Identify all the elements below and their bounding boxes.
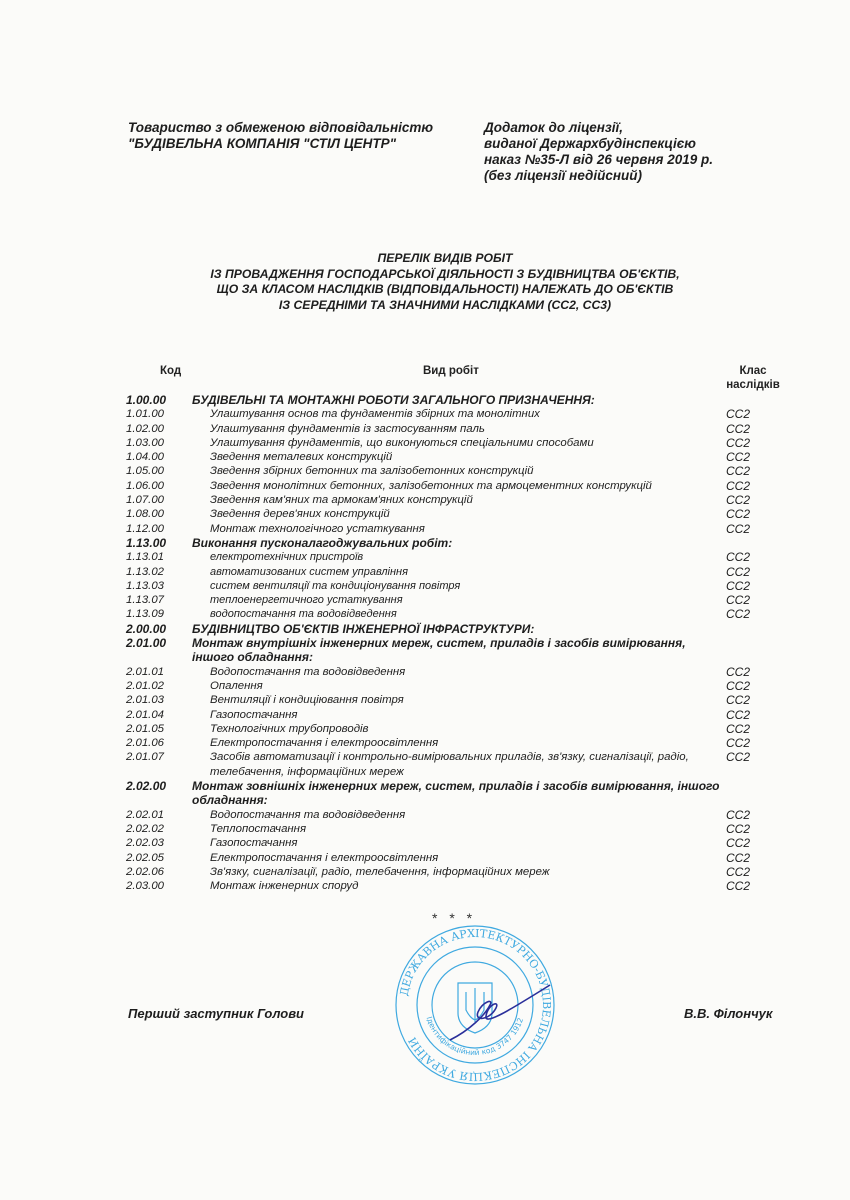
section-row: 2.01.00Монтаж внутрішніх інженерних мере… <box>126 636 806 665</box>
company-line-1: Товариство з обмеженою відповідальністю <box>128 120 433 136</box>
row-code: 2.02.03 <box>126 836 192 850</box>
row-code: 2.01.07 <box>126 750 192 779</box>
table-row: 2.01.07Засобів автоматизації і контрольн… <box>126 750 806 779</box>
annex-line-3: наказ №35-Л від 26 червня 2019 р. <box>484 152 713 168</box>
table-row: 1.13.03систем вентиляції та кондиціонува… <box>126 579 806 593</box>
row-class: СС2 <box>720 479 806 493</box>
row-class: СС2 <box>720 665 806 679</box>
row-code: 2.02.06 <box>126 865 192 879</box>
document-title: ПЕРЕЛІК ВИДІВ РОБІТ ІЗ ПРОВАДЖЕННЯ ГОСПО… <box>160 251 730 313</box>
table-row: 1.08.00Зведення дерев'яних конструкційСС… <box>126 507 806 521</box>
row-description: Теплопостачання <box>192 822 720 836</box>
row-code: 1.08.00 <box>126 507 192 521</box>
row-description: Газопостачання <box>192 708 720 722</box>
table-row: 2.01.06Електропостачання і електроосвітл… <box>126 736 806 750</box>
row-description: електротехнічних пристроїв <box>192 550 720 564</box>
row-class: СС2 <box>720 422 806 436</box>
row-code: 1.05.00 <box>126 464 192 478</box>
table-row: 1.03.00Улаштування фундаментів, що викон… <box>126 436 806 450</box>
row-class: СС2 <box>720 736 806 750</box>
row-code: 1.13.01 <box>126 550 192 564</box>
row-class: СС2 <box>720 550 806 564</box>
annex-line-4: (без ліцензії недійсний) <box>484 168 713 184</box>
class-header-line-1: Клас <box>717 364 789 378</box>
table-row: 2.01.03Вентиляції і кондиціювання повітр… <box>126 693 806 707</box>
row-code: 2.02.02 <box>126 822 192 836</box>
row-code: 2.03.00 <box>126 879 192 893</box>
row-code: 2.01.02 <box>126 679 192 693</box>
title-line-4: ІЗ СЕРЕДНІМИ ТА ЗНАЧНИМИ НАСЛІДКАМИ (СС2… <box>160 298 730 314</box>
row-code: 1.04.00 <box>126 450 192 464</box>
row-code: 1.03.00 <box>126 436 192 450</box>
company-block: Товариство з обмеженою відповідальністю … <box>128 120 433 152</box>
table-row: 1.12.00Монтаж технологічного устаткуванн… <box>126 522 806 536</box>
row-code: 2.01.01 <box>126 665 192 679</box>
row-description: Зведення кам'яних та армокам'яних констр… <box>192 493 720 507</box>
section-row: 2.00.00БУДІВНИЦТВО ОБ'ЄКТІВ ІНЖЕНЕРНОЇ І… <box>126 622 806 636</box>
row-code: 2.02.01 <box>126 808 192 822</box>
row-code: 2.02.05 <box>126 851 192 865</box>
table-row: 1.13.07теплоенергетичного устаткуванняСС… <box>126 593 806 607</box>
row-description: Монтаж інженерних споруд <box>192 879 720 893</box>
signatory-position: Перший заступник Голови <box>128 1006 304 1021</box>
official-stamp-icon: ДЕРЖАВНА АРХІТЕКТУРНО-БУДІВЕЛЬНА ІНСПЕКЦ… <box>390 920 560 1090</box>
row-code: 1.02.00 <box>126 422 192 436</box>
row-class <box>720 636 806 665</box>
table-row: 2.02.02ТеплопостачанняСС2 <box>126 822 806 836</box>
row-code: 1.12.00 <box>126 522 192 536</box>
column-header-code: Код <box>160 364 181 378</box>
row-description: Виконання пусконалагоджувальних робіт: <box>192 536 720 550</box>
row-code: 1.13.09 <box>126 607 192 621</box>
row-description: автоматизованих систем управління <box>192 565 720 579</box>
row-code: 1.13.00 <box>126 536 192 550</box>
row-description: систем вентиляції та кондиціонування пов… <box>192 579 720 593</box>
company-name: "БУДІВЕЛЬНА КОМПАНІЯ "СТІЛ ЦЕНТР" <box>128 136 433 152</box>
title-line-2: ІЗ ПРОВАДЖЕННЯ ГОСПОДАРСЬКОЇ ДІЯЛЬНОСТІ … <box>160 267 730 283</box>
row-class: СС2 <box>720 507 806 521</box>
signatory-name: В.В. Філончук <box>684 1006 772 1021</box>
row-description: БУДІВЕЛЬНІ ТА МОНТАЖНІ РОБОТИ ЗАГАЛЬНОГО… <box>192 393 720 407</box>
row-description: Електропостачання і електроосвітлення <box>192 851 720 865</box>
section-row: 1.13.00Виконання пусконалагоджувальних р… <box>126 536 806 550</box>
table-row: 2.02.03ГазопостачанняСС2 <box>126 836 806 850</box>
row-class: СС2 <box>720 865 806 879</box>
annex-line-1: Додаток до ліцензії, <box>484 120 713 136</box>
table-row: 2.02.06Зв'язку, сигналізації, радіо, тел… <box>126 865 806 879</box>
row-class: СС2 <box>720 822 806 836</box>
table-row: 2.02.05Електропостачання і електроосвітл… <box>126 851 806 865</box>
table-row: 1.01.00Улаштування основ та фундаментів … <box>126 407 806 421</box>
row-description: водопостачання та водовідведення <box>192 607 720 621</box>
row-description: Зв'язку, сигналізації, радіо, телебаченн… <box>192 865 720 879</box>
row-class: СС2 <box>720 407 806 421</box>
table-row: 2.01.05Технологічних трубопроводівСС2 <box>126 722 806 736</box>
row-class: СС2 <box>720 693 806 707</box>
table-row: 2.01.04ГазопостачанняСС2 <box>126 708 806 722</box>
row-class: СС2 <box>720 450 806 464</box>
row-description: Монтаж внутрішніх інженерних мереж, сист… <box>192 636 720 665</box>
row-description: Водопостачання та водовідведення <box>192 808 720 822</box>
row-class <box>720 536 806 550</box>
annex-block: Додаток до ліцензії, виданої Держархбуді… <box>484 120 713 184</box>
row-class: СС2 <box>720 879 806 893</box>
table-row: 2.03.00Монтаж інженерних спорудСС2 <box>126 879 806 893</box>
row-description: Газопостачання <box>192 836 720 850</box>
table-row: 1.04.00Зведення металевих конструкційСС2 <box>126 450 806 464</box>
row-code: 1.13.02 <box>126 565 192 579</box>
table-row: 1.07.00Зведення кам'яних та армокам'яних… <box>126 493 806 507</box>
row-class: СС2 <box>720 750 806 779</box>
row-code: 2.01.00 <box>126 636 192 665</box>
row-class: СС2 <box>720 808 806 822</box>
row-description: Монтаж зовнішніх інженерних мереж, систе… <box>192 779 720 808</box>
row-code: 2.01.03 <box>126 693 192 707</box>
row-class <box>720 622 806 636</box>
row-class: СС2 <box>720 565 806 579</box>
row-code: 1.13.03 <box>126 579 192 593</box>
row-class: СС2 <box>720 493 806 507</box>
row-code: 2.01.04 <box>126 708 192 722</box>
row-class: СС2 <box>720 522 806 536</box>
row-description: Вентиляції і кондиціювання повітря <box>192 693 720 707</box>
row-description: теплоенергетичного устаткування <box>192 593 720 607</box>
annex-line-2: виданої Держархбудінспекцією <box>484 136 713 152</box>
row-class: СС2 <box>720 679 806 693</box>
row-class: СС2 <box>720 836 806 850</box>
row-class: СС2 <box>720 722 806 736</box>
row-class: СС2 <box>720 579 806 593</box>
row-description: Улаштування фундаментів із застосуванням… <box>192 422 720 436</box>
row-class: СС2 <box>720 851 806 865</box>
table-row: 1.06.00Зведення монолітних бетонних, зал… <box>126 479 806 493</box>
row-description: Монтаж технологічного устаткування <box>192 522 720 536</box>
row-description: БУДІВНИЦТВО ОБ'ЄКТІВ ІНЖЕНЕРНОЇ ІНФРАСТР… <box>192 622 720 636</box>
row-description: Технологічних трубопроводів <box>192 722 720 736</box>
row-code: 1.01.00 <box>126 407 192 421</box>
column-header-class: Клас наслідків <box>717 364 789 392</box>
table-row: 1.05.00Зведення збірних бетонних та залі… <box>126 464 806 478</box>
row-class: СС2 <box>720 436 806 450</box>
row-description: Улаштування основ та фундаментів збірних… <box>192 407 720 421</box>
table-row: 1.13.09водопостачання та водовідведенняС… <box>126 607 806 621</box>
title-line-1: ПЕРЕЛІК ВИДІВ РОБІТ <box>160 251 730 267</box>
row-class <box>720 393 806 407</box>
class-header-line-2: наслідків <box>717 378 789 392</box>
row-code: 1.07.00 <box>126 493 192 507</box>
row-code: 2.00.00 <box>126 622 192 636</box>
row-code: 1.06.00 <box>126 479 192 493</box>
section-row: 2.02.00Монтаж зовнішніх інженерних мереж… <box>126 779 806 808</box>
row-class: СС2 <box>720 708 806 722</box>
row-description: Зведення монолітних бетонних, залізобето… <box>192 479 720 493</box>
table-row: 2.01.02ОпаленняСС2 <box>126 679 806 693</box>
row-code: 2.01.06 <box>126 736 192 750</box>
table-row: 2.02.01Водопостачання та водовідведенняС… <box>126 808 806 822</box>
row-description: Опалення <box>192 679 720 693</box>
row-description: Зведення дерев'яних конструкцій <box>192 507 720 521</box>
row-description: Водопостачання та водовідведення <box>192 665 720 679</box>
row-description: Зведення збірних бетонних та залізобетон… <box>192 464 720 478</box>
row-description: Засобів автоматизації і контрольно-вимір… <box>192 750 720 779</box>
table-row: 1.13.02автоматизованих систем управління… <box>126 565 806 579</box>
row-code: 2.01.05 <box>126 722 192 736</box>
column-header-work: Вид робіт <box>423 364 479 378</box>
row-code: 2.02.00 <box>126 779 192 808</box>
table-row: 2.01.01Водопостачання та водовідведенняС… <box>126 665 806 679</box>
row-code: 1.13.07 <box>126 593 192 607</box>
table-row: 1.13.01електротехнічних пристроївСС2 <box>126 550 806 564</box>
section-row: 1.00.00БУДІВЕЛЬНІ ТА МОНТАЖНІ РОБОТИ ЗАГ… <box>126 393 806 407</box>
table-row: 1.02.00Улаштування фундаментів із застос… <box>126 422 806 436</box>
row-description: Зведення металевих конструкцій <box>192 450 720 464</box>
works-table: 1.00.00БУДІВЕЛЬНІ ТА МОНТАЖНІ РОБОТИ ЗАГ… <box>126 393 806 893</box>
row-class: СС2 <box>720 464 806 478</box>
row-class <box>720 779 806 808</box>
row-description: Електропостачання і електроосвітлення <box>192 736 720 750</box>
row-code: 1.00.00 <box>126 393 192 407</box>
row-class: СС2 <box>720 607 806 621</box>
row-class: СС2 <box>720 593 806 607</box>
row-description: Улаштування фундаментів, що виконуються … <box>192 436 720 450</box>
title-line-3: ЩО ЗА КЛАСОМ НАСЛІДКІВ (ВІДПОВІДАЛЬНОСТІ… <box>160 282 730 298</box>
